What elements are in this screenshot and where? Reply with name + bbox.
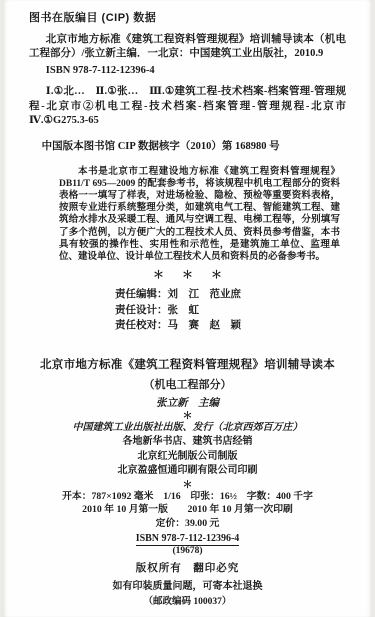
printer-line: 北京盈盛恒通印刷有限公司印刷 [29,464,346,479]
cip-bibliographic-entry: 北京市地方标准《建筑工程资料管理规程》培训辅导读本（机电工程部分）/张立新主编．… [29,33,346,61]
cip-classification: Ⅰ.①北… Ⅱ.①张… Ⅲ.①建筑工程-技术档案-档案管理-管理规程-北京市②机… [29,85,346,129]
book-subtitle: （机电工程部分） [29,376,346,392]
distributor-line: 各地新华书店、建筑书店经销 [29,435,346,450]
star-separator-2: ＊ [29,481,346,490]
format-line: 开本：787×1092 毫米 1/16 印张：16½ 字数：400 千字 [29,490,346,504]
credit-editor: 责任编辑：刘 江 范业庶 [115,287,346,303]
postal-code-line: （邮政编码 100037） [29,593,346,607]
credit-designer: 责任设计：张 虹 [115,303,346,319]
edition-line: 2010 年 10 月第一版 2010 年 10 月第一次印刷 [29,503,346,517]
isbn-bottom-wrap: ISBN 978-7-112-12396-4 [29,533,346,546]
publisher-block: 中国建筑工业出版社出版、发行（北京西郊百万庄） 各地新华书店、建筑书店经销 北京… [29,421,346,479]
cip-record-number: 中国版本图书馆 CIP 数据核字（2010）第 168980 号 [29,138,346,153]
credit-proofreader: 责任校对：马 赛 赵 颖 [115,318,346,334]
copyright-page: 图书在版编目 (CIP) 数据 北京市地方标准《建筑工程资料管理规程》培训辅导读… [3,0,372,617]
editor-line: 张立新 主编 [29,395,346,410]
star-separator-1: ＊ [29,412,346,421]
book-title: 北京市地方标准《建筑工程资料管理规程》培训辅导读本 [29,356,346,372]
cip-header: 图书在版编目 (CIP) 数据 [29,9,346,25]
isbn-bottom: ISBN 978-7-112-12396-4 [136,533,240,546]
book-number: (19678) [29,546,346,557]
platemaker-line: 北京红光制版公司制版 [29,450,346,465]
publisher-line: 中国建筑工业出版社出版、发行（北京西郊百万庄） [29,421,346,436]
price-line: 定价：39.00 元 [29,517,346,531]
cip-isbn: ISBN 978-7-112-12396-4 [29,65,346,76]
staff-credits: 责任编辑：刘 江 范业庶 责任设计：张 虹 责任校对：马 赛 赵 颖 [115,287,346,334]
triple-star-separator: ＊＊＊ [29,266,346,282]
colophon-block: 开本：787×1092 毫米 1/16 印张：16½ 字数：400 千字 201… [29,490,346,531]
copyright-notice: 版权所有 翻印必究 [29,560,346,575]
quality-return-line: 如有印装质量问题，可寄本社退换 [29,577,346,592]
book-abstract: 本书是北京市工程建设地方标准《建筑工程资料管理规程》DB11/T 695—200… [59,166,340,264]
